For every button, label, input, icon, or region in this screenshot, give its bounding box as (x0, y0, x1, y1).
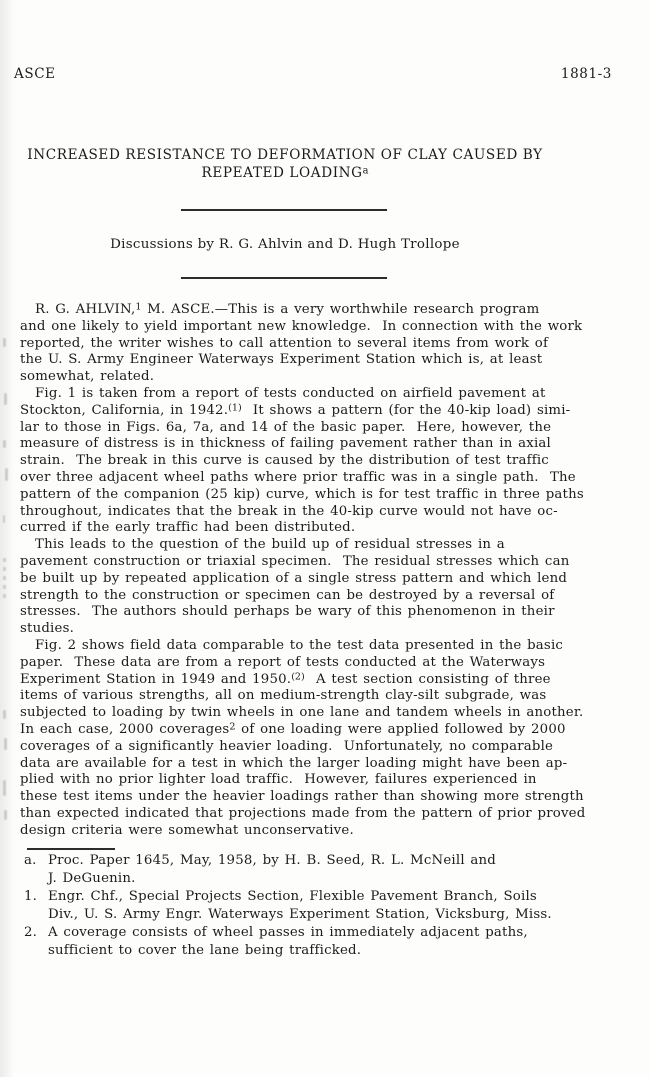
superscript: 1 (135, 301, 141, 312)
text-line: strain. The break in this curve is cause… (20, 453, 634, 470)
text-line: throughout, indicates that the break in … (20, 504, 634, 521)
text-line: strength to the construction or specimen… (20, 588, 634, 605)
footnote-line: Div., U. S. Army Engr. Waterways Experim… (48, 906, 630, 924)
text-line: the U. S. Army Engineer Waterways Experi… (20, 352, 634, 369)
footnote-line: sufficient to cover the lane being traff… (48, 942, 630, 960)
byline: Discussions by R. G. Ahlvin and D. Hugh … (0, 237, 570, 252)
footnote-label: 1. (24, 888, 48, 924)
text-line: measure of distress is in thickness of f… (20, 436, 634, 453)
scan-artifact (3, 710, 6, 719)
text-line: these test items under the heavier loadi… (20, 789, 634, 806)
paper-title: INCREASED RESISTANCE TO DEFORMATION OF C… (0, 147, 570, 182)
text-line: Stockton, California, in 1942.(1) It sho… (20, 403, 634, 420)
superscript: a (363, 165, 369, 176)
text-line: coverages of a significantly heavier loa… (20, 739, 634, 756)
superscript: (2) (291, 671, 305, 682)
text-line: subjected to loading by twin wheels in o… (20, 705, 634, 722)
scan-artifact (3, 338, 6, 347)
footnote-line: J. DeGuenin. (48, 870, 630, 888)
scan-artifact (3, 440, 6, 448)
footnote-label: a. (24, 852, 48, 888)
footnote-lines: Engr. Chf., Special Projects Section, Fl… (48, 888, 630, 924)
paper-title-line2: REPEATED LOADINGa (0, 165, 570, 183)
scan-artifact (5, 468, 8, 481)
text-line: items of various strengths, all on mediu… (20, 688, 634, 705)
text-line: studies. (20, 621, 634, 638)
text-line: than expected indicated that projections… (20, 806, 634, 823)
journal-abbrev: ASCE (14, 66, 56, 82)
text-line: pavement construction or triaxial specim… (20, 554, 634, 571)
scanned-paper-page: ASCE 1881-3 INCREASED RESISTANCE TO DEFO… (0, 0, 650, 1077)
footnote-list: a.Proc. Paper 1645, May, 1958, by H. B. … (24, 852, 630, 960)
footnote-item: 2.A coverage consists of wheel passes in… (24, 924, 630, 960)
superscript: 2 (229, 721, 235, 732)
scan-artifact (3, 558, 6, 598)
text-line: reported, the writer wishes to call atte… (20, 336, 634, 353)
footnote-rule (27, 848, 115, 850)
text-line: R. G. AHLVIN,1 M. ASCE.—This is a very w… (20, 302, 634, 319)
text-line: In each case, 2000 coverages2 of one loa… (20, 722, 634, 739)
text-line: curred if the early traffic had been dis… (20, 520, 634, 537)
footnote-line: Proc. Paper 1645, May, 1958, by H. B. Se… (48, 852, 630, 870)
paragraph: R. G. AHLVIN,1 M. ASCE.—This is a very w… (20, 302, 634, 386)
text-line: Fig. 1 is taken from a report of tests c… (20, 386, 634, 403)
text-line: and one likely to yield important new kn… (20, 319, 634, 336)
footnote-line: A coverage consists of wheel passes in i… (48, 924, 630, 942)
scan-artifact (4, 738, 7, 750)
footnote-item: 1.Engr. Chf., Special Projects Section, … (24, 888, 630, 924)
scan-artifact (3, 515, 5, 523)
paragraph: This leads to the question of the build … (20, 537, 634, 638)
text-line: stresses. The authors should perhaps be … (20, 604, 634, 621)
paper-title-line1: INCREASED RESISTANCE TO DEFORMATION OF C… (0, 147, 570, 165)
footnote-lines: A coverage consists of wheel passes in i… (48, 924, 630, 960)
text-line: plied with no prior lighter load traffic… (20, 772, 634, 789)
scan-artifact (3, 780, 6, 796)
paragraph: Fig. 1 is taken from a report of tests c… (20, 386, 634, 537)
scan-artifact (4, 810, 7, 820)
paper-number: 1881-3 (561, 66, 612, 82)
paragraph: Fig. 2 shows field data comparable to th… (20, 638, 634, 840)
text-line: over three adjacent wheel paths where pr… (20, 470, 634, 487)
text-line: paper. These data are from a report of t… (20, 655, 634, 672)
text-line: This leads to the question of the build … (20, 537, 634, 554)
divider-rule-bottom (181, 277, 387, 279)
footnote-line: Engr. Chf., Special Projects Section, Fl… (48, 888, 630, 906)
text-line: design criteria were somewhat unconserva… (20, 823, 634, 840)
superscript: (1) (228, 402, 242, 413)
text-line: Experiment Station in 1949 and 1950.(2) … (20, 672, 634, 689)
body-text: R. G. AHLVIN,1 M. ASCE.—This is a very w… (20, 302, 634, 840)
text-line: Fig. 2 shows field data comparable to th… (20, 638, 634, 655)
scan-artifact (4, 393, 7, 405)
text-line: pattern of the companion (25 kip) curve,… (20, 487, 634, 504)
footnote-item: a.Proc. Paper 1645, May, 1958, by H. B. … (24, 852, 630, 888)
text-line: lar to those in Figs. 6a, 7a, and 14 of … (20, 420, 634, 437)
page-header: ASCE 1881-3 (14, 66, 612, 82)
footnote-lines: Proc. Paper 1645, May, 1958, by H. B. Se… (48, 852, 630, 888)
divider-rule-top (181, 209, 387, 211)
text-line: be built up by repeated application of a… (20, 571, 634, 588)
text-line: data are available for a test in which t… (20, 756, 634, 773)
text-line: somewhat, related. (20, 369, 634, 386)
footnote-label: 2. (24, 924, 48, 960)
